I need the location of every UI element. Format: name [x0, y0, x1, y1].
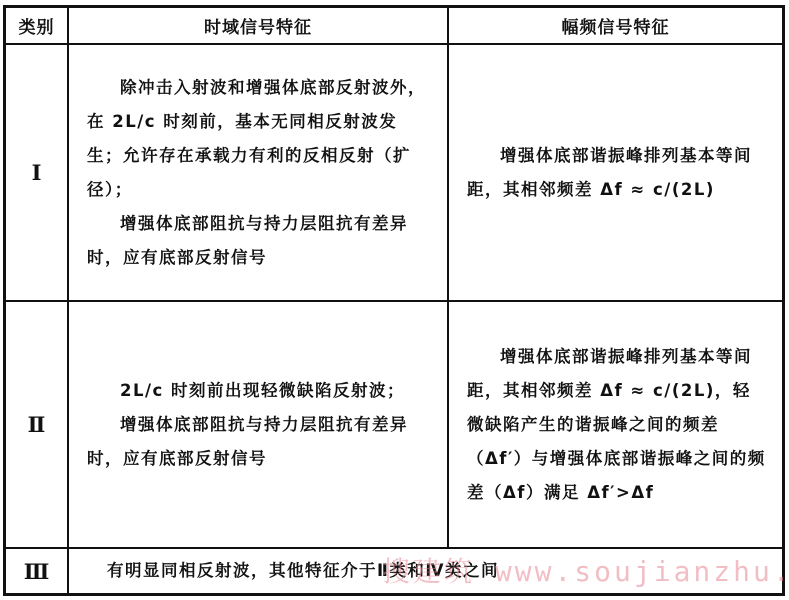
- row-3-text: 有明显同相反射波，其他特征介于Ⅱ类和Ⅳ类之间: [107, 554, 499, 588]
- time-domain-para-2: 增强体底部阻抗与持力层阻抗有差异时，应有底部反射信号: [87, 408, 431, 476]
- category-label: Ⅲ: [24, 559, 50, 584]
- header-amp-freq-label: 幅频信号特征: [562, 13, 670, 38]
- time-domain-para-1: 2L/c 时刻前出现轻微缺陷反射波；: [87, 374, 431, 408]
- category-label: Ⅰ: [32, 160, 42, 185]
- row-1-time-domain: 除冲击入射波和增强体底部反射波外，在 2L/c 时刻前，基本无同相反射波发生；允…: [69, 45, 447, 300]
- time-domain-para-2: 增强体底部阻抗与持力层阻抗有差异时，应有底部反射信号: [87, 207, 431, 275]
- amp-freq-para-1: 增强体底部谐振峰排列基本等间距，其相邻频差 Δf ≈ c/(2L): [467, 139, 766, 207]
- row-1-category: Ⅰ: [6, 45, 67, 300]
- row-2-time-domain: 2L/c 时刻前出现轻微缺陷反射波； 增强体底部阻抗与持力层阻抗有差异时，应有底…: [69, 302, 447, 547]
- row-3-category: Ⅲ: [6, 549, 67, 593]
- row-3-merged: 有明显同相反射波，其他特征介于Ⅱ类和Ⅳ类之间: [69, 549, 782, 593]
- row-1-amp-freq: 增强体底部谐振峰排列基本等间距，其相邻频差 Δf ≈ c/(2L): [449, 45, 782, 300]
- amp-freq-para-1: 增强体底部谐振峰排列基本等间距，其相邻频差 Δf ≈ c/(2L)，轻微缺陷产生…: [467, 340, 766, 510]
- signal-classification-table: 类别 时域信号特征 幅频信号特征 Ⅰ 除冲击入射波和增强体底部反射波外，在 2L…: [3, 5, 785, 596]
- category-label: Ⅱ: [28, 412, 46, 437]
- header-category: 类别: [6, 8, 67, 43]
- header-time-domain-label: 时域信号特征: [204, 13, 312, 38]
- header-amp-freq: 幅频信号特征: [449, 8, 782, 43]
- time-domain-para-1: 除冲击入射波和增强体底部反射波外，在 2L/c 时刻前，基本无同相反射波发生；允…: [87, 71, 431, 207]
- header-time-domain: 时域信号特征: [69, 8, 447, 43]
- row-2-category: Ⅱ: [6, 302, 67, 547]
- header-category-label: 类别: [19, 13, 55, 38]
- row-2-amp-freq: 增强体底部谐振峰排列基本等间距，其相邻频差 Δf ≈ c/(2L)，轻微缺陷产生…: [449, 302, 782, 547]
